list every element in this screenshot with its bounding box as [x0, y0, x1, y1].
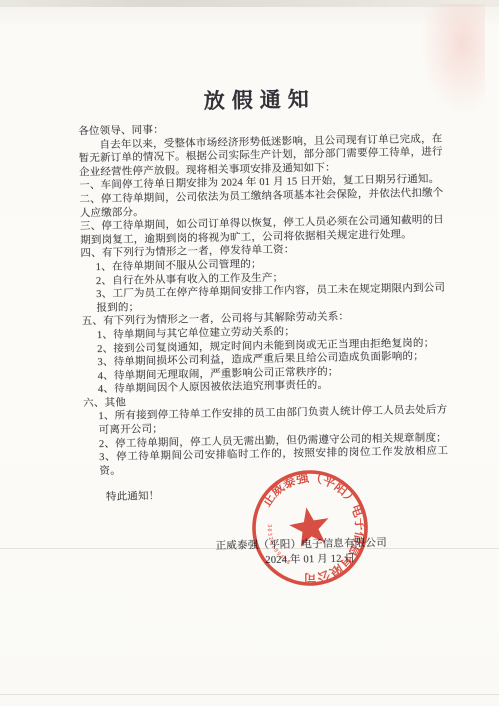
- company-seal-stamp: 正威泰强（平阳）电子信息有限公司 3303261094580: [246, 464, 374, 592]
- scanned-notice-page: 放假通知 各位领导、同事： 自去年以来，受整体市场经济形势低迷影响，且公司现有订…: [0, 0, 499, 706]
- intro-paragraph: 自去年以来，受整体市场经济形势低迷影响，且公司现有订单已完成，在暂无新订单的情况…: [78, 132, 443, 179]
- notice-title: 放假通知: [78, 84, 442, 117]
- seal-star-icon: [286, 501, 338, 554]
- notice-items: 一、车间停工待单日期安排为 2024 年 01 月 15 日开始，复工日期另行通…: [79, 173, 448, 479]
- paper-crease: [0, 694, 499, 695]
